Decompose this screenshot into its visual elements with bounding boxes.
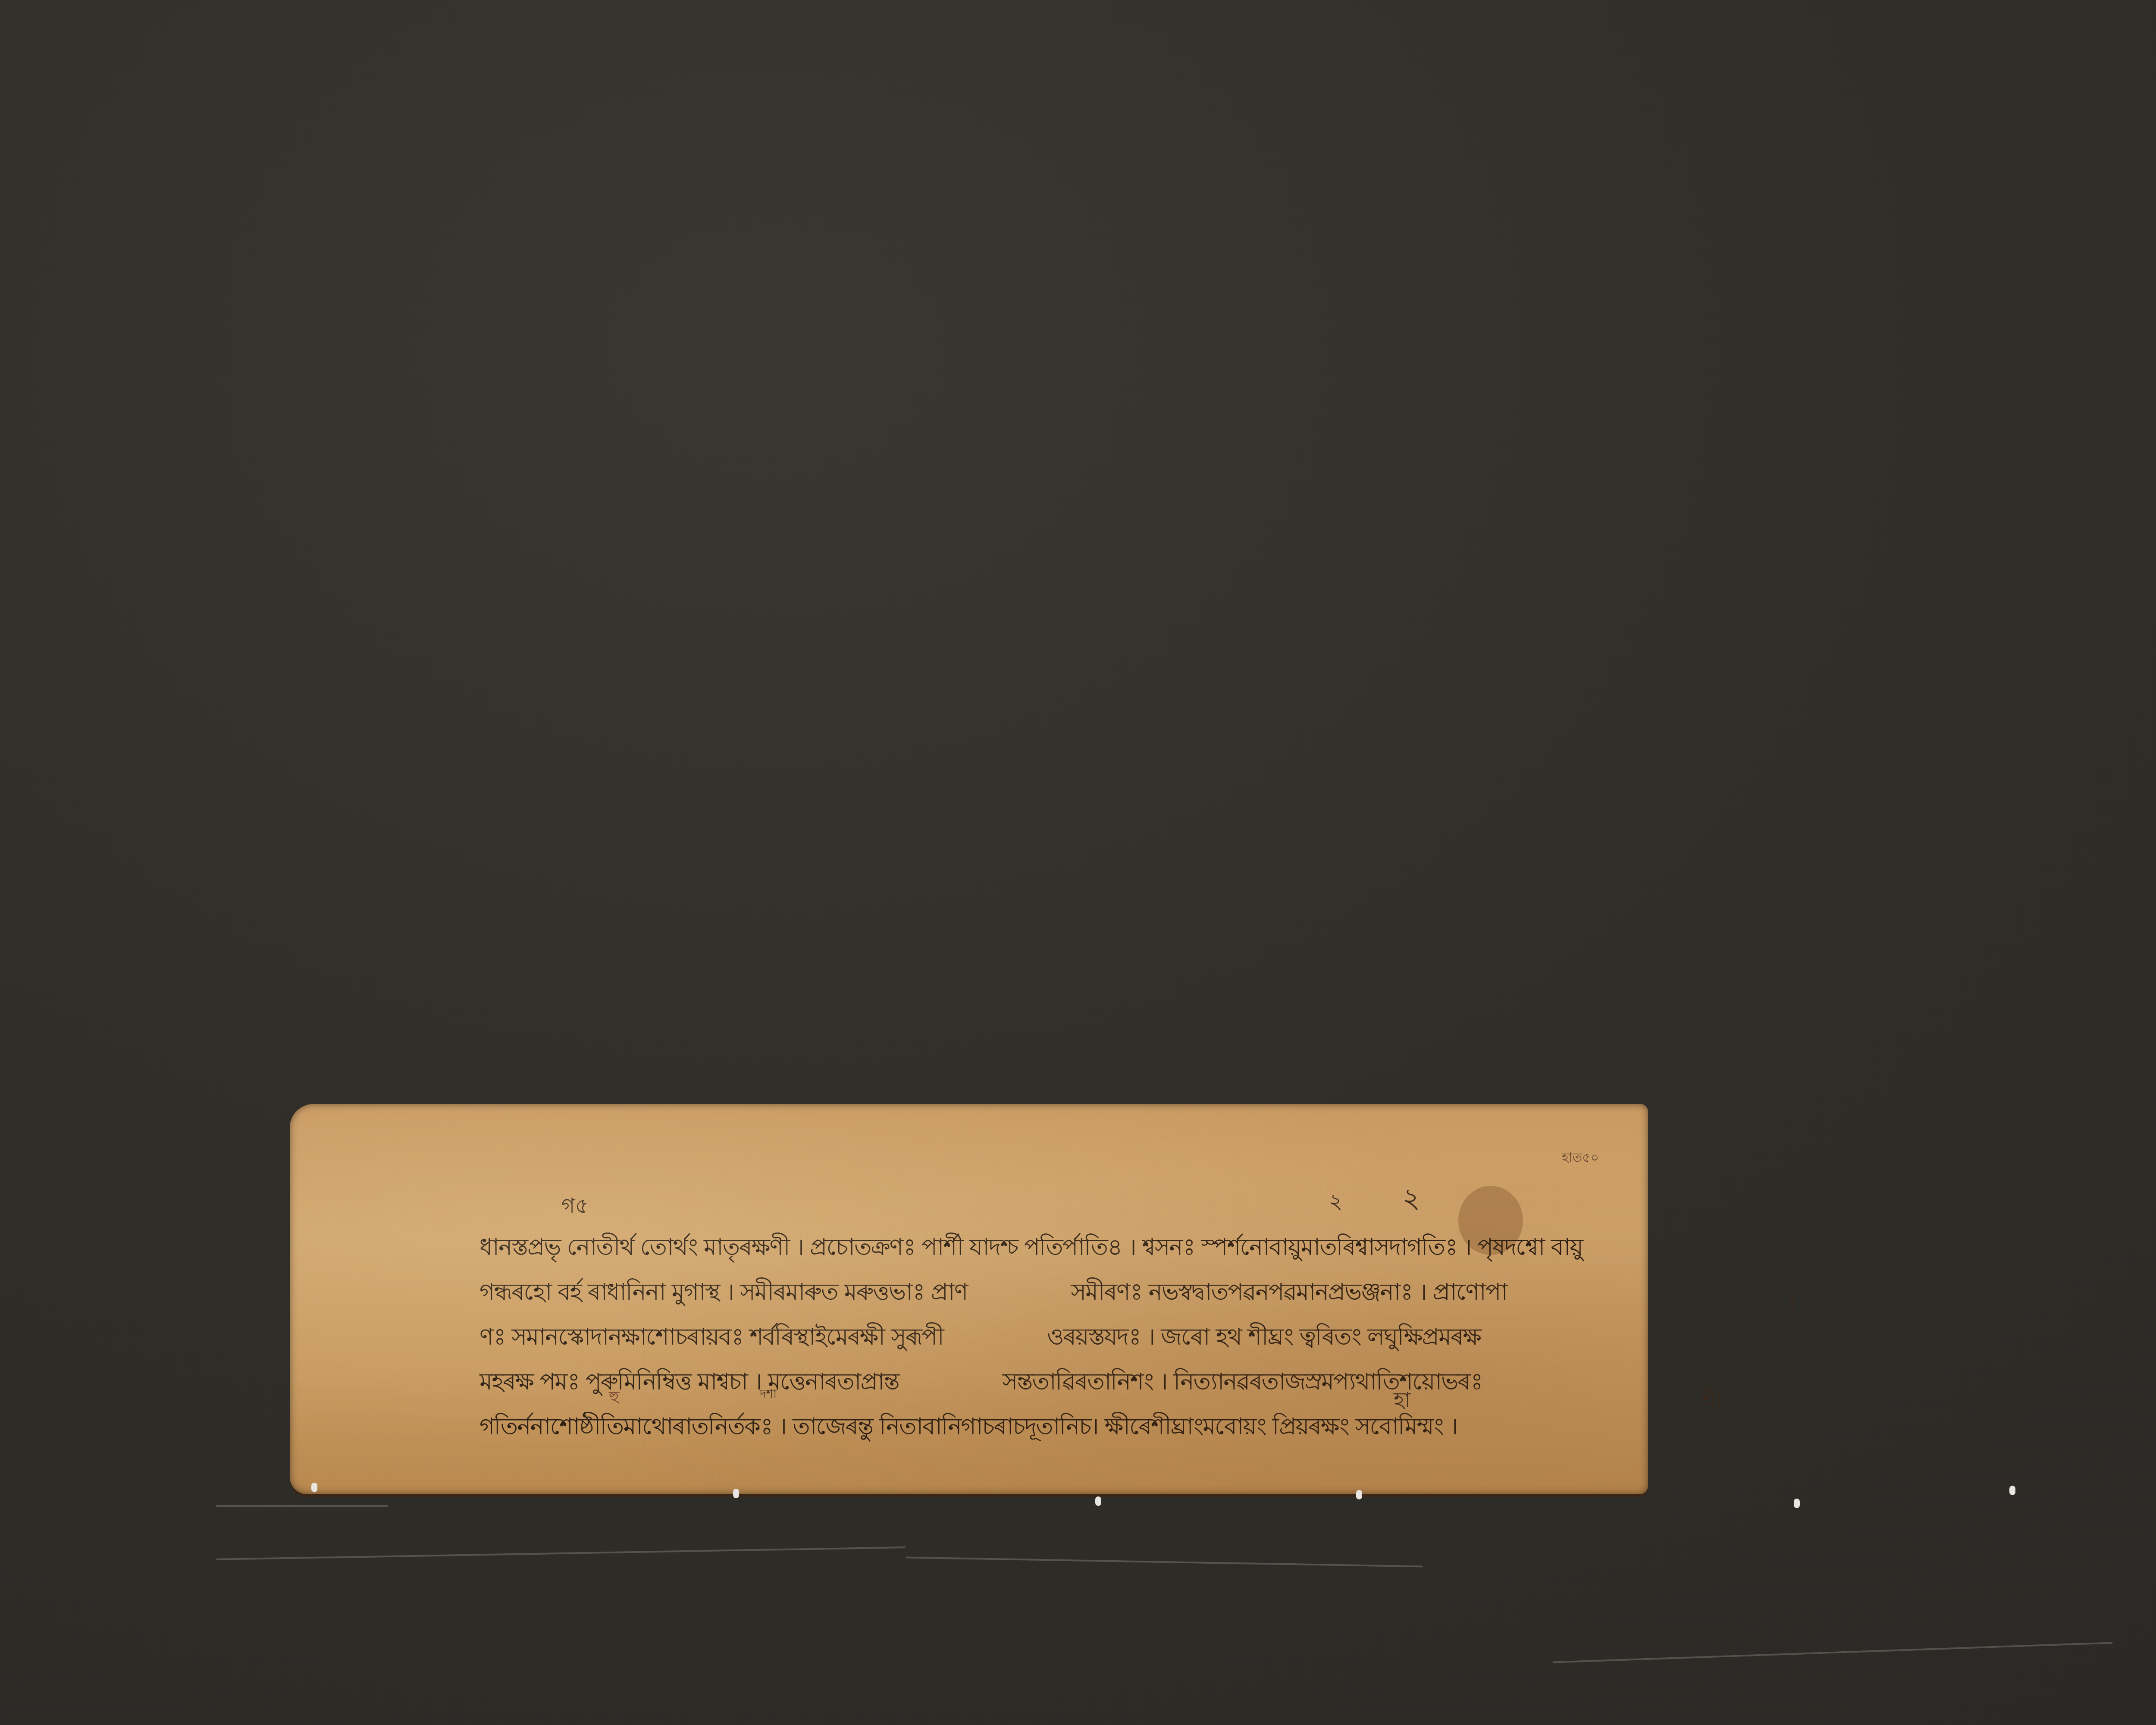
text-segment: সমীৰণঃ নভস্বদ্বাতপৱনপৱমানপ্ৰভঞ্জনাঃ । প্… [1071, 1278, 1507, 1305]
text-line-4: মহৰক্ষ পমঃ পুৰুমিনিম্বিত্ত মাশ্বচা । মত্… [479, 1359, 1583, 1404]
correction-mark: দশা [760, 1384, 777, 1405]
water-stain [1458, 1186, 1523, 1255]
text-segment: ধানস্তপ্ৰভৃ নোতীৰ্থ তোৰ্থং মাতৃৰক্ষণী । … [479, 1233, 1107, 1261]
manuscript-leaf: গ৫ ২ ২ হাত৫০ ৭ হু দশা হা শ্ৰী ধানস্তপ্ৰভ… [290, 1104, 1648, 1494]
mounting-pin [311, 1483, 317, 1492]
text-segment: গন্ধৰহো বৰ্হ ৰাধানিনা মুগাস্থ । সমীৰমাৰু… [479, 1278, 967, 1305]
mounting-pin [1794, 1499, 1800, 1508]
text-line-1: ধানস্তপ্ৰভৃ নোতীৰ্থ তোৰ্থং মাতৃৰক্ষণী । … [479, 1225, 1583, 1270]
manuscript-text: ধানস্তপ্ৰভৃ নোতীৰ্থ তোৰ্থং মাতৃৰক্ষণী । … [479, 1225, 1583, 1449]
text-line-5: গতিৰ্ননাশোষ্ঠীতিমাথোৰাতনিৰ্তকঃ । তাজেৰন্… [479, 1404, 1583, 1449]
text-segment: ৪ । শ্বসনঃ স্পৰ্শনোবায়ুমাতৰিশ্বাসদাগতিঃ… [1107, 1233, 1583, 1261]
correction-mark: হু [609, 1384, 619, 1412]
text-segment: সন্ততাৱিৰতানিশং । নিত্যানৱৰতাজস্ৰমপ্যথাত… [1003, 1368, 1482, 1395]
correction-mark: শ্ৰী [1700, 1384, 1721, 1418]
mounting-pin [2009, 1486, 2015, 1495]
text-segment: । ক্ষীৰেশীঘ্ৰাংমবোয়ং প্ৰিয়ৰক্ষং সবোমিম… [1091, 1413, 1457, 1440]
text-segment: ওৰয়স্তযদঃ । জৰো হথ শীঘ্ৰং ত্বৰিতং লঘুক্… [1047, 1323, 1481, 1350]
mounting-pin [1356, 1490, 1362, 1499]
text-segment: গতিৰ্ননাশোষ্ঠীতিমাথোৰাতনিৰ্তকঃ । তাজেৰন্… [479, 1413, 1091, 1440]
text-line-3: ণঃ সমানস্কোদানক্ষাশোচৰায়বঃ শৰ্বৰিস্থাইম… [479, 1314, 1583, 1359]
insertion-mark: ২ [1402, 1177, 1420, 1223]
catalog-note: হাত৫০ [1562, 1147, 1599, 1169]
text-segment: মহৰক্ষ পমঃ পুৰুমিনিম্বিত্ত মাশ্বচা । মত্… [479, 1368, 899, 1395]
folio-number-right: ৭ [1786, 1289, 1799, 1324]
correction-mark: হা [1394, 1384, 1410, 1418]
text-line-2: গন্ধৰহো বৰ্হ ৰাধানিনা মুগাস্থ । সমীৰমাৰু… [479, 1270, 1583, 1314]
text-segment: ণঃ সমানস্কোদানক্ষাশোচৰায়বঃ শৰ্বৰিস্থাইম… [479, 1323, 943, 1350]
insertion-mark: ২ [1329, 1186, 1342, 1220]
mounting-pin [733, 1489, 739, 1498]
folio-number-left: গ৫ [561, 1190, 589, 1224]
mounting-pin [1095, 1496, 1101, 1506]
chalk-line [216, 1505, 388, 1507]
